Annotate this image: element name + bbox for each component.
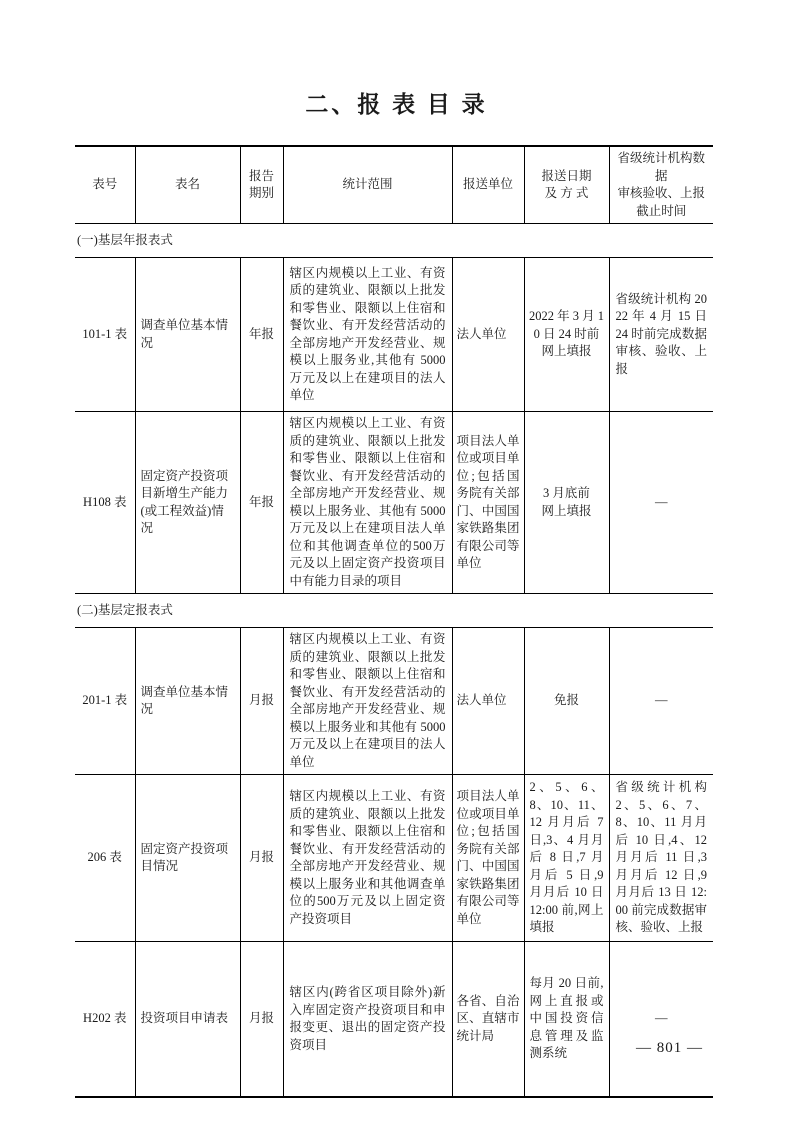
header-row: 表号 表名 报告 期别 统计范围 报送单位 报送日期 及 方 式 省级统计机构数… xyxy=(75,146,713,224)
section-label: (一)基层年报表式 xyxy=(75,224,713,258)
form-name-cell: 固定资产投资项目新增生产能力(或工程效益)情况 xyxy=(135,412,240,594)
form-no-cell: 101-1 表 xyxy=(75,258,135,412)
scope-cell: 辖区内规模以上工业、有资质的建筑业、限额以上批发和零售业、限额以上住宿和餐饮业、… xyxy=(283,775,452,942)
unit-cell: 项目法人单位或项目单位;包括国务院有关部门、中国国家铁路集团有限公司等单位 xyxy=(452,775,524,942)
header-scope: 统计范围 xyxy=(283,146,452,224)
date-method-cell: 3 月底前 网上填报 xyxy=(524,412,609,594)
form-name-cell: 调查单位基本情况 xyxy=(135,628,240,775)
date-method-cell: 免报 xyxy=(524,628,609,775)
header-deadline: 省级统计机构数据 审核验收、上报 截止时间 xyxy=(609,146,713,224)
date-method-cell: 2、5、6、8、10、11、12 月月后 7 日,3、4 月月后 8 日,7 月… xyxy=(524,775,609,942)
header-form-no: 表号 xyxy=(75,146,135,224)
deadline-cell: — xyxy=(609,412,713,594)
deadline-cell: — xyxy=(609,628,713,775)
section-header-annual: (一)基层年报表式 xyxy=(75,224,713,258)
period-cell: 月报 xyxy=(240,628,283,775)
section-label: (二)基层定报表式 xyxy=(75,594,713,628)
scope-cell: 辖区内(跨省区项目除外)新入库固定资产投资项目和申报变更、退出的固定资产投资项目 xyxy=(283,942,452,1098)
period-cell: 月报 xyxy=(240,775,283,942)
scope-cell: 辖区内规模以上工业、有资质的建筑业、限额以上批发和零售业、限额以上住宿和餐饮业、… xyxy=(283,628,452,775)
form-name-cell: 固定资产投资项目情况 xyxy=(135,775,240,942)
table-row-101-1: 101-1 表 调查单位基本情况 年报 辖区内规模以上工业、有资质的建筑业、限额… xyxy=(75,258,713,412)
unit-cell: 法人单位 xyxy=(452,258,524,412)
form-no-cell: H108 表 xyxy=(75,412,135,594)
report-directory-table: 表号 表名 报告 期别 统计范围 报送单位 报送日期 及 方 式 省级统计机构数… xyxy=(75,145,713,1098)
unit-cell: 项目法人单位或项目单位;包括国务院有关部门、中国国家铁路集团有限公司等单位 xyxy=(452,412,524,594)
form-no-cell: 206 表 xyxy=(75,775,135,942)
scope-cell: 辖区内规模以上工业、有资质的建筑业、限额以上批发和零售业、限额以上住宿和餐饮业、… xyxy=(283,412,452,594)
date-method-cell: 2022 年 3 月 10 日 24 时前网上填报 xyxy=(524,258,609,412)
page-title: 二、报 表 目 录 xyxy=(0,86,793,119)
form-no-cell: 201-1 表 xyxy=(75,628,135,775)
form-name-cell: 投资项目申请表 xyxy=(135,942,240,1098)
date-method-cell: 每月 20 日前,网上直报或中国投资信息管理及监测系统 xyxy=(524,942,609,1098)
table-row-201-1: 201-1 表 调查单位基本情况 月报 辖区内规模以上工业、有资质的建筑业、限额… xyxy=(75,628,713,775)
deadline-cell: — xyxy=(609,942,713,1098)
table-row-H108: H108 表 固定资产投资项目新增生产能力(或工程效益)情况 年报 辖区内规模以… xyxy=(75,412,713,594)
table-header: 表号 表名 报告 期别 统计范围 报送单位 报送日期 及 方 式 省级统计机构数… xyxy=(75,146,713,224)
page-number: — 801 — xyxy=(636,1040,703,1057)
header-unit: 报送单位 xyxy=(452,146,524,224)
unit-cell: 法人单位 xyxy=(452,628,524,775)
table-row-206: 206 表 固定资产投资项目情况 月报 辖区内规模以上工业、有资质的建筑业、限额… xyxy=(75,775,713,942)
header-period: 报告 期别 xyxy=(240,146,283,224)
deadline-cell: 省级统计机构 2、5、6、7、8、10、11 月月后 10 日,4、12 月月后… xyxy=(609,775,713,942)
section-header-periodic: (二)基层定报表式 xyxy=(75,594,713,628)
period-cell: 年报 xyxy=(240,258,283,412)
document-page: 二、报 表 目 录 表号 表名 报告 期别 统计范围 报送单位 报送日期 及 方… xyxy=(0,0,793,1122)
header-form-name: 表名 xyxy=(135,146,240,224)
deadline-cell: 省级统计机构 2022 年 4 月 15 日 24 时前完成数据审核、验收、上报 xyxy=(609,258,713,412)
period-cell: 年报 xyxy=(240,412,283,594)
header-date-method: 报送日期 及 方 式 xyxy=(524,146,609,224)
scope-cell: 辖区内规模以上工业、有资质的建筑业、限额以上批发和零售业、限额以上住宿和餐饮业、… xyxy=(283,258,452,412)
period-cell: 月报 xyxy=(240,942,283,1098)
table-row-H202: H202 表 投资项目申请表 月报 辖区内(跨省区项目除外)新入库固定资产投资项… xyxy=(75,942,713,1098)
unit-cell: 各省、自治区、直辖市统计局 xyxy=(452,942,524,1098)
form-name-cell: 调查单位基本情况 xyxy=(135,258,240,412)
form-no-cell: H202 表 xyxy=(75,942,135,1098)
